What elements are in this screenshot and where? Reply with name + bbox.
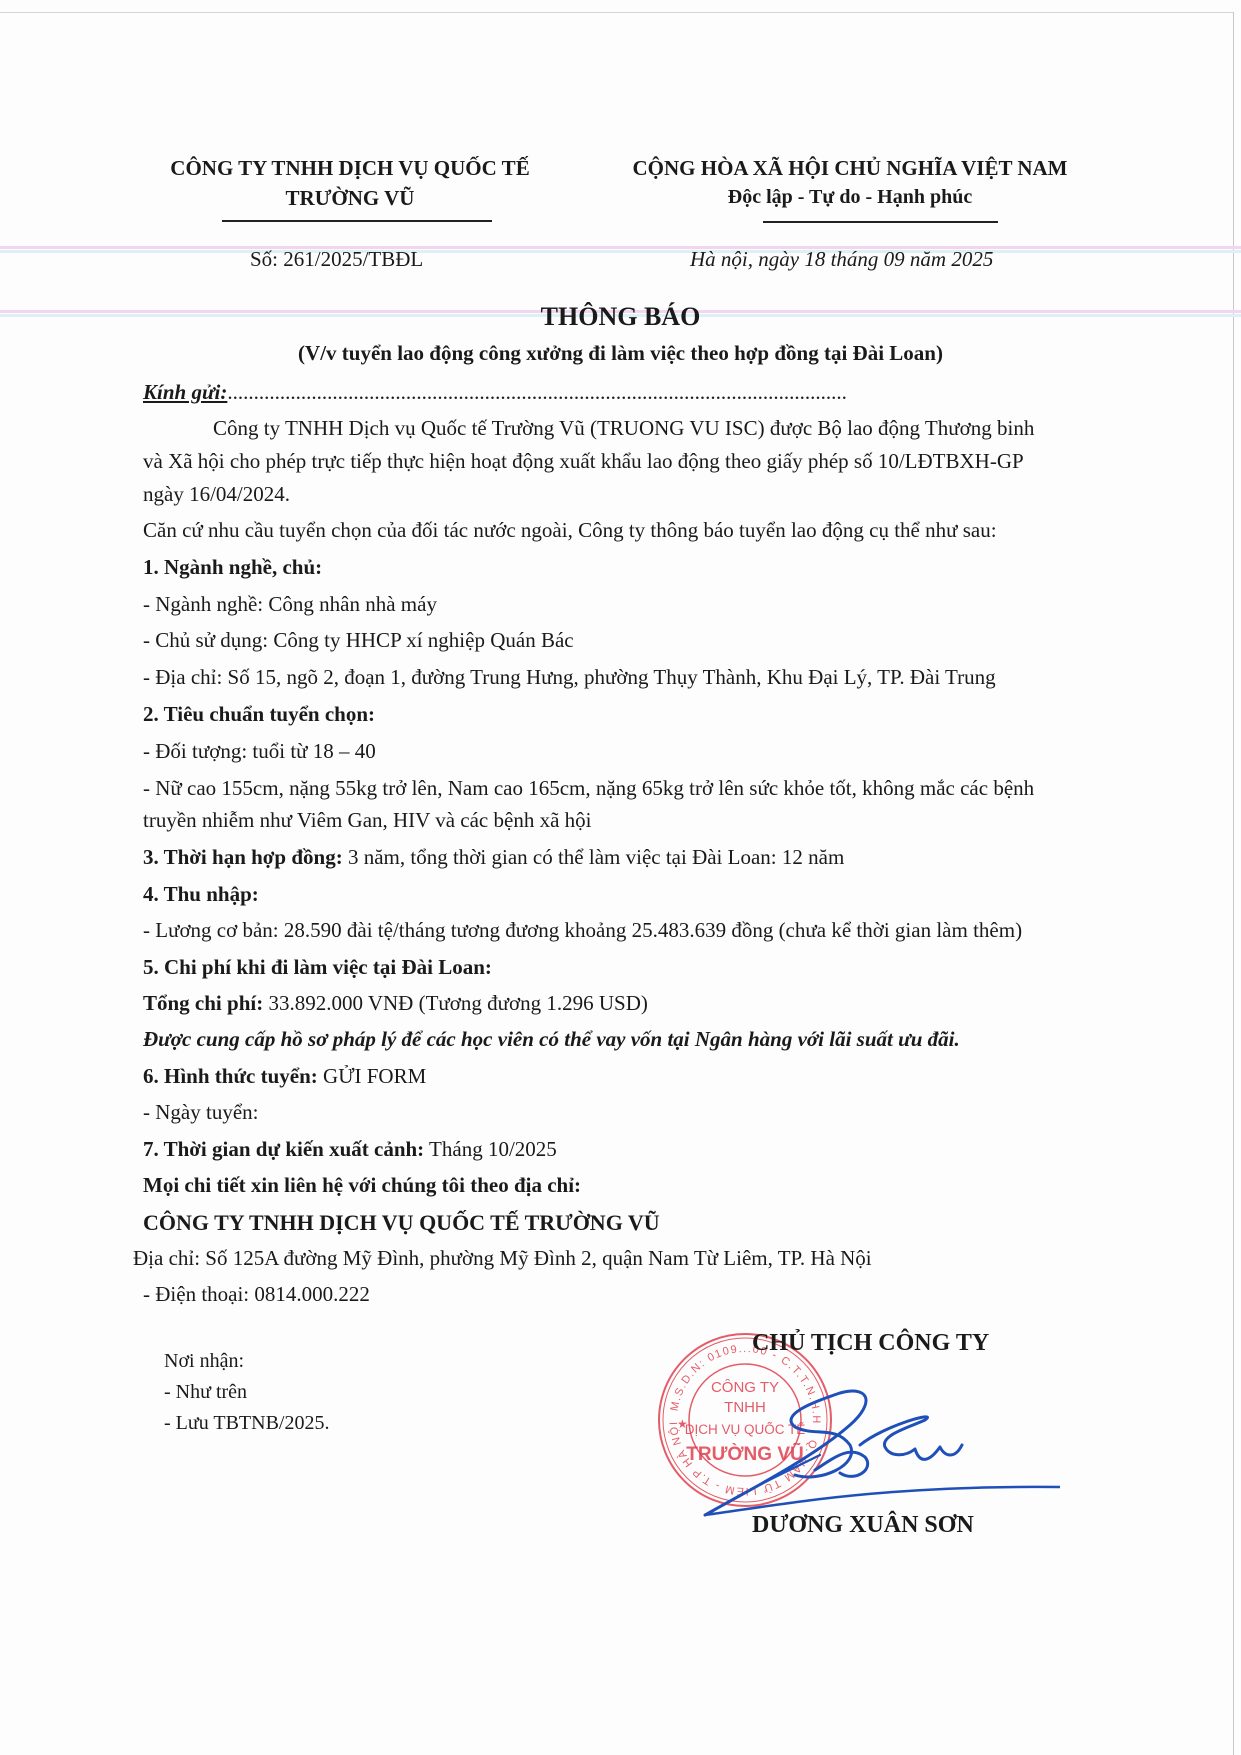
signature-title: CHỦ TỊCH CÔNG TY (752, 1330, 989, 1357)
recipient-item: - Lưu TBTNB/2025. (164, 1412, 329, 1435)
company-name-line2: TRƯỜNG VŨ (130, 186, 570, 211)
loan-note: Được cung cấp hồ sơ pháp lý để các học v… (143, 1027, 960, 1052)
section-2-heading: 2. Tiêu chuẩn tuyển chọn: (143, 702, 375, 727)
section-6-item: - Ngày tuyển: (143, 1100, 258, 1125)
section-3-heading: 3. Thời hạn hợp đồng: (143, 845, 343, 869)
scan-artifact-band (0, 246, 1241, 249)
section-6-value: GỬI FORM (318, 1064, 426, 1088)
section-2-item: - Nữ cao 155cm, nặng 55kg trở lên, Nam c… (143, 776, 1034, 801)
document-subtitle: (V/v tuyển lao động công xưởng đi làm vi… (0, 341, 1241, 366)
company-underline (222, 220, 492, 222)
page-border-top (0, 12, 1233, 13)
recipients-label: Nơi nhận: (164, 1350, 244, 1373)
total-cost-label: Tổng chi phí: (143, 991, 263, 1015)
page-border-right (1233, 12, 1234, 1755)
motto-underline (763, 221, 998, 223)
section-1-item: - Ngành nghề: Công nhân nhà máy (143, 592, 437, 617)
svg-text:★: ★ (677, 1417, 688, 1431)
handwritten-signature (700, 1365, 1060, 1535)
intro-line-2: và Xã hội cho phép trực tiếp thực hiện h… (143, 449, 1024, 474)
greeting-label: Kính gửi: (143, 380, 227, 404)
intro-basis: Căn cứ nhu cầu tuyển chọn của đối tác nư… (143, 518, 997, 543)
section-2-item: truyền nhiễm như Viêm Gan, HIV và các bệ… (143, 808, 591, 833)
document-number: Số: 261/2025/TBĐL (250, 247, 423, 272)
contact-address: Địa chỉ: Số 125A đường Mỹ Đình, phường M… (133, 1246, 872, 1271)
recipient-item: - Như trên (164, 1381, 247, 1404)
section-2-item: - Đối tượng: tuổi từ 18 – 40 (143, 739, 376, 764)
section-4-item: - Lương cơ bản: 28.590 đài tệ/tháng tươn… (143, 918, 1022, 943)
document-title: THÔNG BÁO (0, 302, 1241, 332)
scan-artifact-band (0, 250, 1241, 253)
company-name-line1: CÔNG TY TNHH DỊCH VỤ QUỐC TẾ (130, 156, 570, 181)
section-1-item: - Chủ sử dụng: Công ty HHCP xí nghiệp Qu… (143, 628, 574, 653)
section-5-heading: 5. Chi phí khi đi làm việc tại Đài Loan: (143, 955, 492, 980)
intro-line-1: Công ty TNHH Dịch vụ Quốc tế Trường Vũ (… (213, 416, 1034, 441)
contact-company: CÔNG TY TNHH DỊCH VỤ QUỐC TẾ TRƯỜNG VŨ (143, 1210, 660, 1236)
greeting-dots: ........................................… (227, 380, 847, 404)
total-cost-value: 33.892.000 VNĐ (Tương đương 1.296 USD) (263, 991, 648, 1015)
intro-line-3: ngày 16/04/2024. (143, 482, 290, 507)
contact-phone: - Điện thoại: 0814.000.222 (143, 1282, 370, 1307)
section-6-heading: 6. Hình thức tuyển: (143, 1064, 318, 1088)
signatory-name: DƯƠNG XUÂN SƠN (752, 1512, 974, 1539)
contact-heading: Mọi chi tiết xin liên hệ với chúng tôi t… (143, 1173, 581, 1198)
nation-motto: Độc lập - Tự do - Hạnh phúc (610, 186, 1090, 209)
section-7-value: Tháng 10/2025 (424, 1137, 557, 1161)
section-3-value: 3 năm, tổng thời gian có thể làm việc tạ… (343, 845, 845, 869)
section-7-heading: 7. Thời gian dự kiến xuất cảnh: (143, 1137, 424, 1161)
place-and-date: Hà nội, ngày 18 tháng 09 năm 2025 (690, 247, 993, 272)
section-4-heading: 4. Thu nhập: (143, 882, 259, 907)
nation-title: CỘNG HÒA XÃ HỘI CHỦ NGHĨA VIỆT NAM (610, 156, 1090, 181)
section-1-item: - Địa chỉ: Số 15, ngõ 2, đoạn 1, đường T… (143, 665, 996, 690)
section-1-heading: 1. Ngành nghề, chủ: (143, 555, 322, 580)
